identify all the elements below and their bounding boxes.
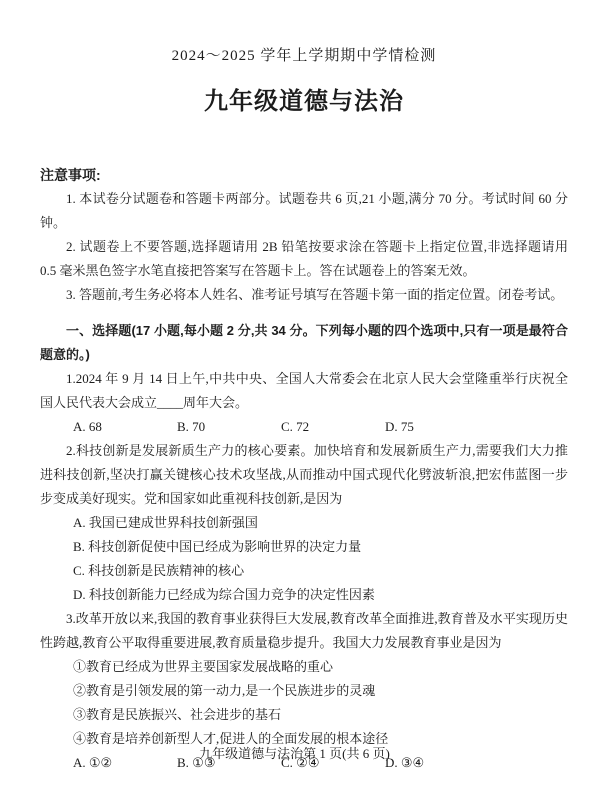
notice-item-3: 3. 答题前,考生务必将本人姓名、准考证号填写在答题卡第一面的指定位置。闭卷考试… [40, 283, 568, 307]
question-1: 1.2024 年 9 月 14 日上午,中共中央、全国人大常委会在北京人民大会堂… [40, 367, 568, 439]
notice-section: 注意事项: 1. 本试卷分试题卷和答题卡两部分。试题卷共 6 页,21 小题,满… [40, 163, 568, 307]
exam-session-title: 2024～2025 学年上学期期中学情检测 [40, 45, 568, 67]
notice-item-1: 1. 本试卷分试题卷和答题卡两部分。试题卷共 6 页,21 小题,满分 70 分… [40, 187, 568, 235]
statement-3: ③教育是民族振兴、社会进步的基石 [40, 703, 568, 727]
question-1-stem: 1.2024 年 9 月 14 日上午,中共中央、全国人大常委会在北京人民大会堂… [40, 367, 568, 415]
question-3-stem: 3.改革开放以来,我国的教育事业获得巨大发展,教育改革全面推进,教育普及水平实现… [40, 607, 568, 655]
option-b: B. 科技创新促使中国已经成为影响世界的决定力量 [40, 535, 568, 559]
option-a: A. 我国已建成世界科技创新强国 [40, 511, 568, 535]
exam-subject-title: 九年级道德与法治 [40, 87, 568, 117]
page-footer: 九年级道德与法治第 1 页(共 6 页) [0, 742, 589, 766]
question-2: 2.科技创新是发展新质生产力的核心要素。加快培育和发展新质生产力,需要我们大力推… [40, 439, 568, 607]
statement-2: ②教育是引领发展的第一动力,是一个民族进步的灵魂 [40, 679, 568, 703]
statement-1: ①教育已经成为世界主要国家发展战略的重心 [40, 655, 568, 679]
option-d: D. 科技创新能力已经成为综合国力竞争的决定性因素 [40, 583, 568, 607]
exam-paper-page: 2024～2025 学年上学期期中学情检测 九年级道德与法治 注意事项: 1. … [0, 0, 589, 809]
option-a: A. 68 [73, 415, 177, 439]
question-1-options: A. 68 B. 70 C. 72 D. 75 [40, 415, 568, 439]
notice-item-2: 2. 试题卷上不要答题,选择题请用 2B 铅笔按要求涂在答题卡上指定位置,非选择… [40, 235, 568, 283]
option-d: D. 75 [385, 415, 414, 439]
option-c: C. 72 [281, 415, 385, 439]
notice-heading: 注意事项: [40, 163, 568, 187]
option-b: B. 70 [177, 415, 281, 439]
section-title: 一、选择题 [66, 323, 131, 338]
question-2-stem: 2.科技创新是发展新质生产力的核心要素。加快培育和发展新质生产力,需要我们大力推… [40, 439, 568, 511]
option-c: C. 科技创新是民族精神的核心 [40, 559, 568, 583]
section-heading: 一、选择题(17 小题,每小题 2 分,共 34 分。下列每小题的四个选项中,只… [40, 319, 568, 367]
